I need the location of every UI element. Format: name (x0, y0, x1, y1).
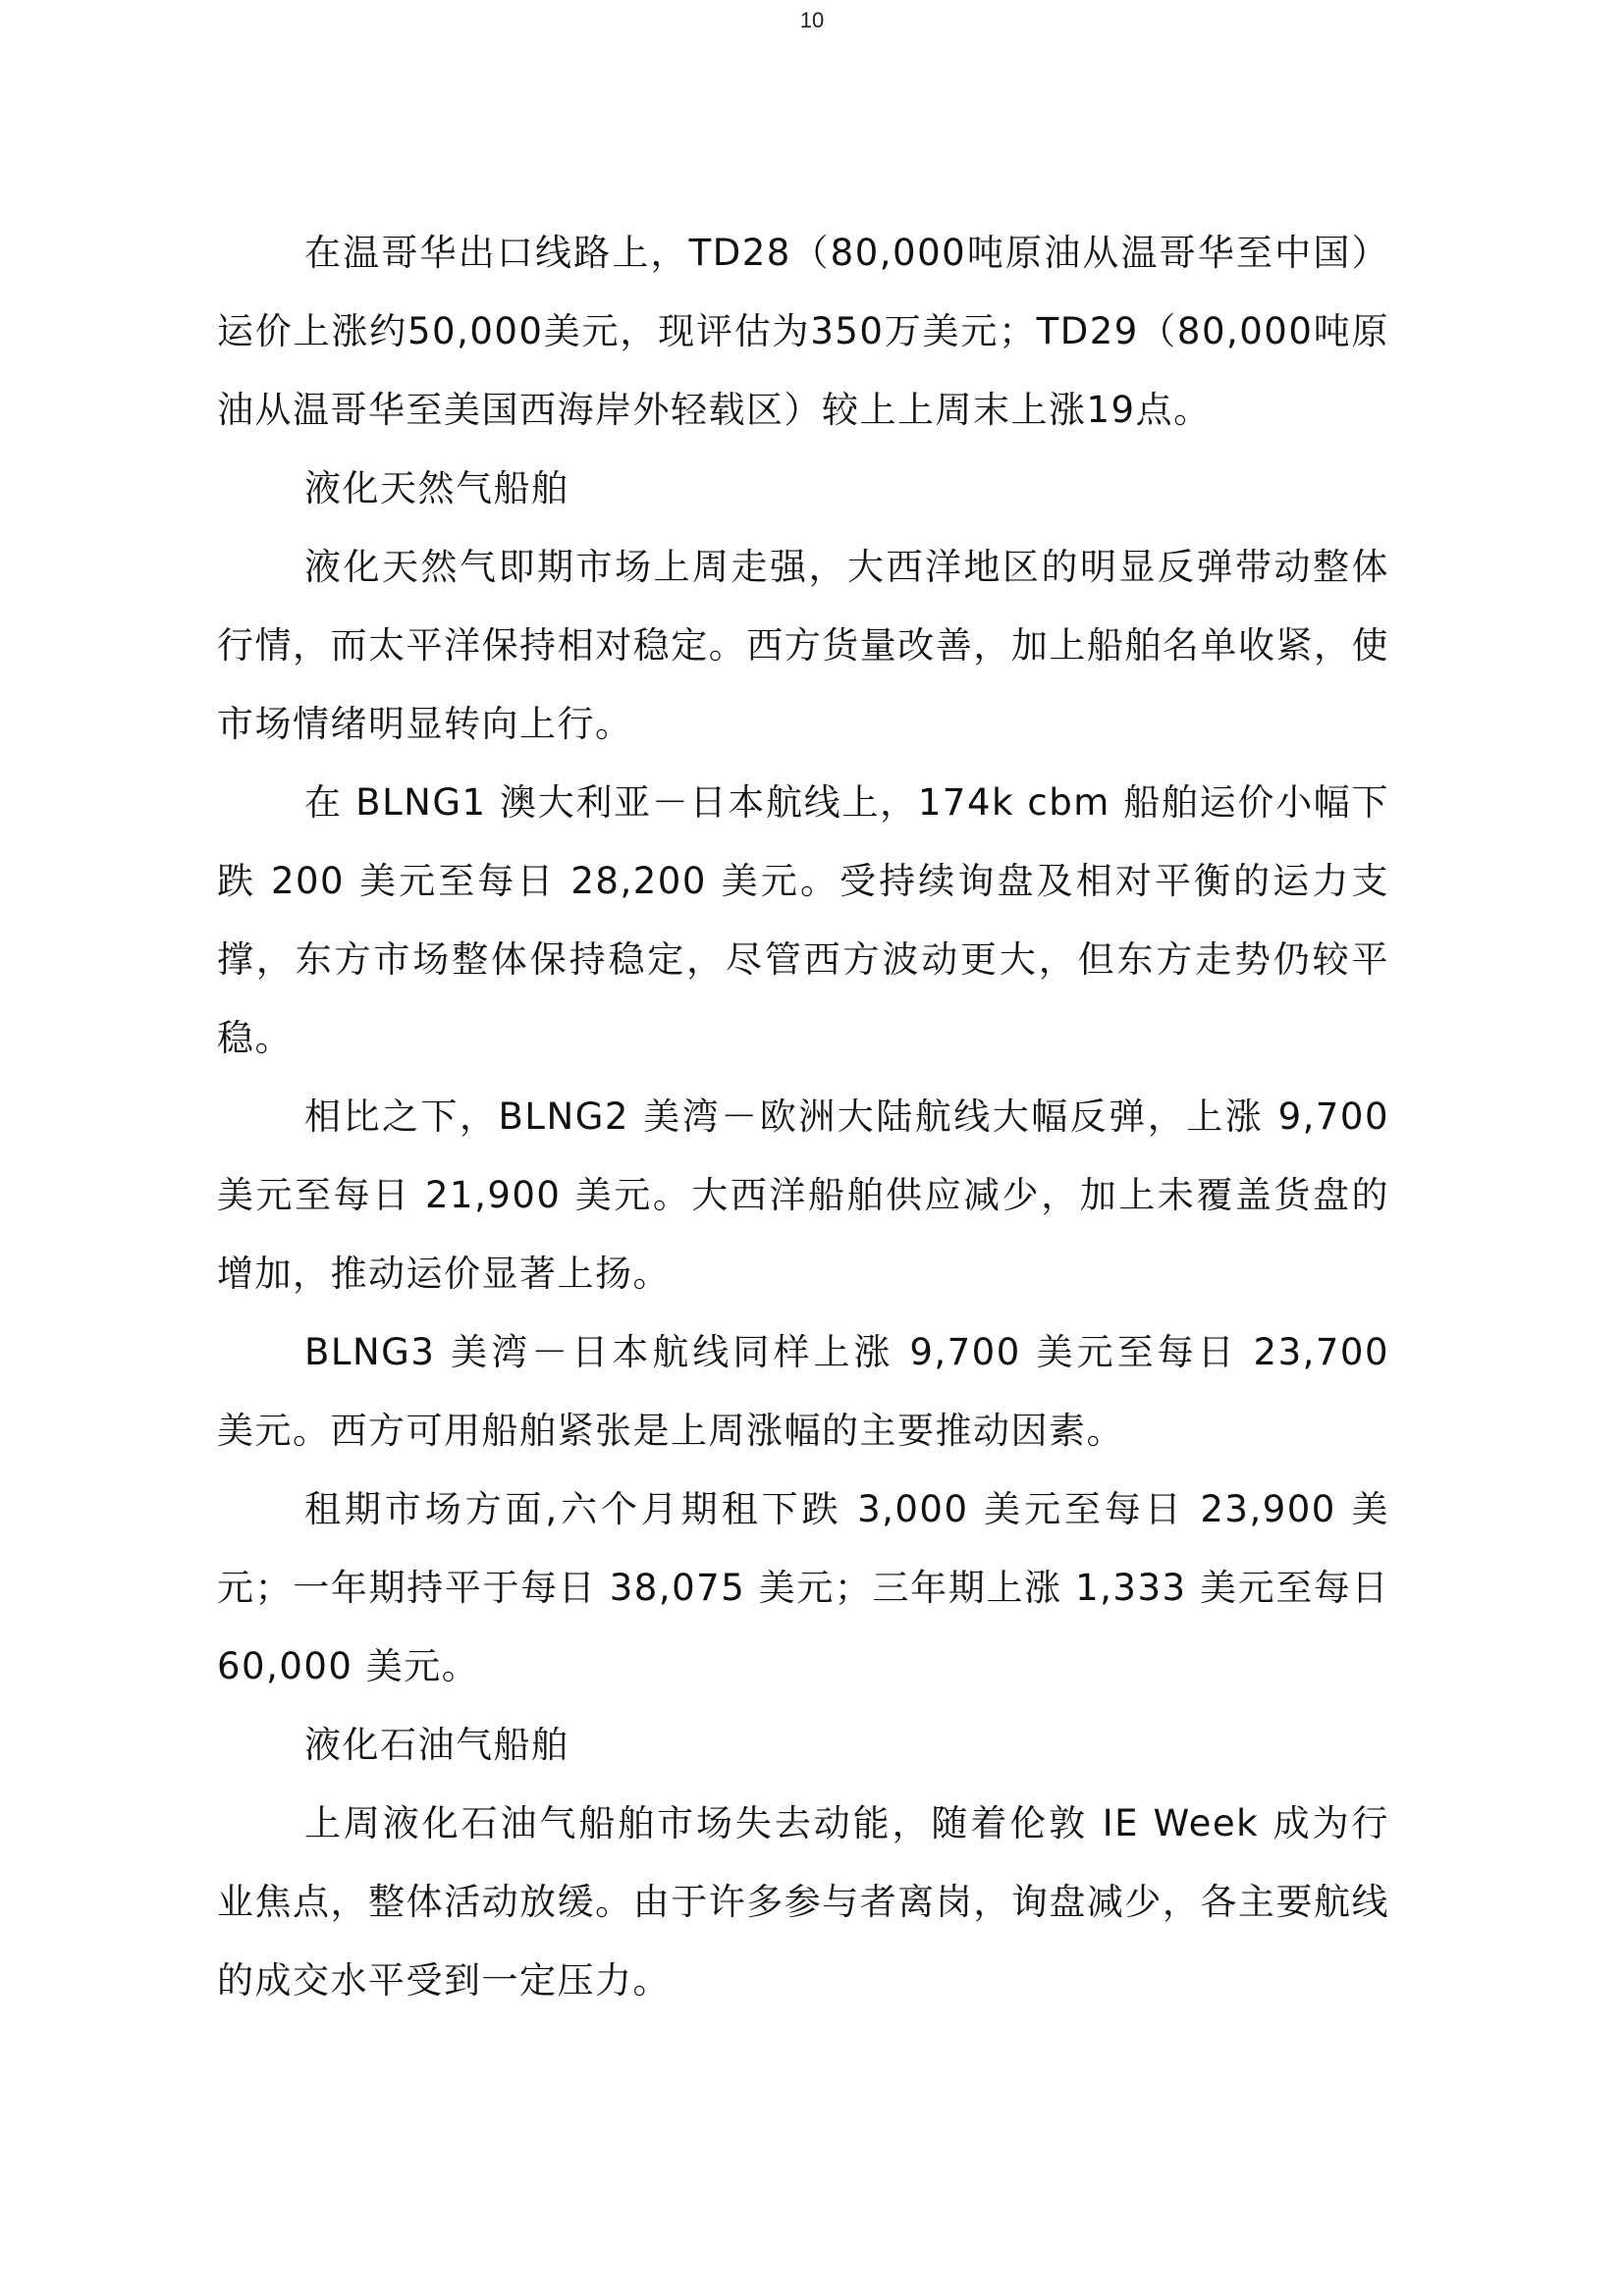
page-number: 10 (0, 8, 1624, 33)
paragraph-blng1: 在 BLNG1 澳大利亚－日本航线上，174k cbm 船舶运价小幅下跌 200… (217, 764, 1389, 1078)
paragraph-lng-spot-market: 液化天然气即期市场上周走强，大西洋地区的明显反弹带动整体行情，而太平洋保持相对稳… (217, 528, 1389, 764)
section-heading-lpg-vessels: 液化石油气船舶 (217, 1706, 1389, 1785)
paragraph-lng-period-market: 租期市场方面,六个月期租下跌 3,000 美元至每日 23,900 美元；一年期… (217, 1470, 1389, 1706)
section-heading-lng-vessels: 液化天然气船舶 (217, 450, 1389, 528)
paragraph-blng2: 相比之下，BLNG2 美湾－欧洲大陆航线大幅反弹，上涨 9,700 美元至每日 … (217, 1078, 1389, 1313)
paragraph-lpg-market: 上周液化石油气船舶市场失去动能，随着伦敦 IE Week 成为行业焦点，整体活动… (217, 1785, 1389, 2020)
paragraph-blng3: BLNG3 美湾－日本航线同样上涨 9,700 美元至每日 23,700 美元。… (217, 1313, 1389, 1470)
paragraph-vancouver-tanker-rates: 在温哥华出口线路上，TD28（80,000吨原油从温哥华至中国）运价上涨约50,… (217, 214, 1389, 450)
document-body: 在温哥华出口线路上，TD28（80,000吨原油从温哥华至中国）运价上涨约50,… (217, 214, 1389, 2020)
